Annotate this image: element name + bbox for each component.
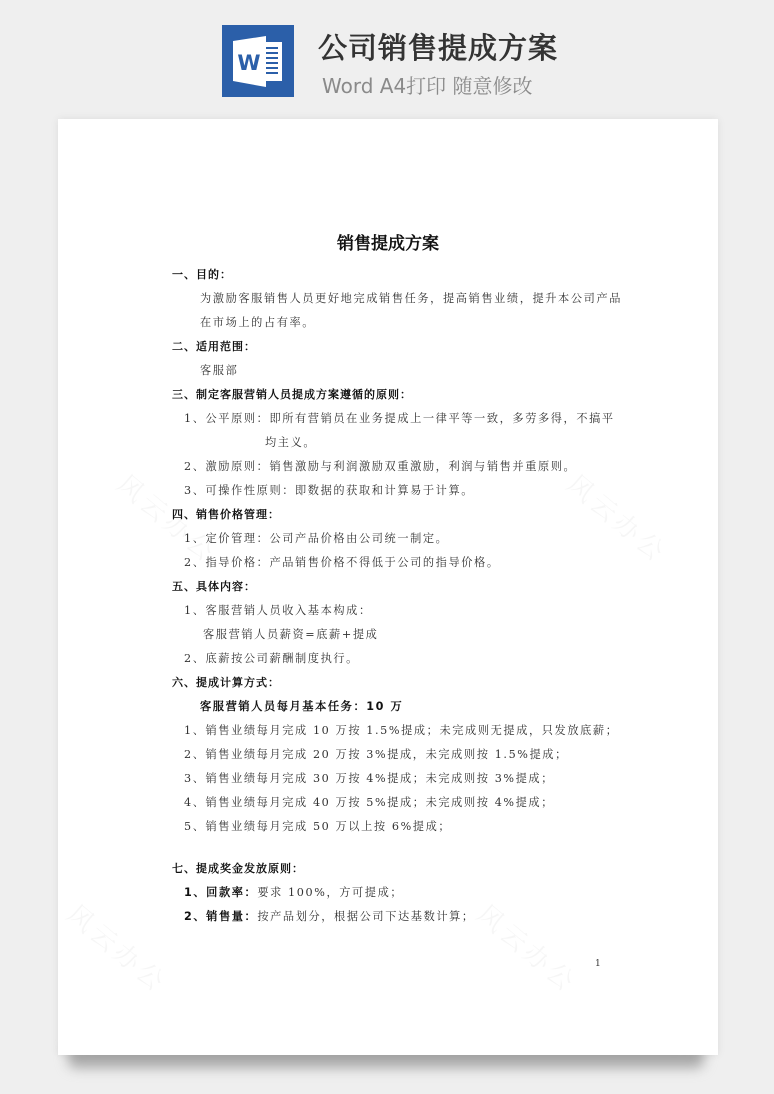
section-heading: 六、提成计算方式：	[172, 674, 280, 690]
svg-text:W: W	[237, 51, 260, 75]
document-title: 销售提成方案	[58, 229, 718, 254]
section-heading: 四、销售价格管理：	[172, 506, 280, 522]
banner-subtitle: Word A4打印 随意修改	[322, 70, 533, 99]
list-item-label: 1、回款率：	[184, 886, 257, 899]
list-item-text: 按产品划分，根据公司下达基数计算；	[257, 910, 474, 923]
watermark: 风云办公	[470, 895, 586, 1000]
banner-title: 公司销售提成方案	[318, 26, 558, 67]
banner-header: W 公司销售提成方案 Word A4打印 随意修改	[0, 0, 774, 110]
word-logo-icon: W	[222, 25, 294, 97]
list-item: 5、销售业绩每月完成 50 万以上按 6%提成；	[184, 818, 451, 834]
list-item: 1、回款率：要求 100%，方可提成；	[184, 884, 403, 900]
list-item-label: 2、销售量：	[184, 910, 257, 923]
list-item: 1、销售业绩每月完成 10 万按 1.5%提成；未完成则无提成，只发放底薪；	[184, 722, 619, 738]
list-item: 2、指导价格：产品销售价格不得低于公司的指导价格。	[184, 554, 500, 570]
page-number: 1	[595, 959, 601, 969]
list-item-text: 要求 100%，方可提成；	[257, 886, 403, 899]
paragraph-line: 客服部	[200, 362, 238, 378]
list-item: 2、销售量：按产品划分，根据公司下达基数计算；	[184, 908, 475, 924]
list-item: 2、激励原则：销售激励与利润激励双重激励，利润与销售并重原则。	[184, 458, 576, 474]
list-item-continuation: 均主义。	[265, 434, 316, 450]
paragraph-line: 为激励客服销售人员更好地完成销售任务，提高销售业绩，提升本公司产品	[200, 290, 622, 306]
section-heading: 一、目的：	[172, 266, 232, 282]
list-item: 1、客服营销人员收入基本构成：	[184, 602, 372, 618]
word-icon: W	[222, 25, 294, 97]
document-page: 风云办公 风云办公 风云办公 风云办公 销售提成方案 一、目的： 为激励客服销售…	[58, 119, 718, 1055]
list-item: 2、底薪按公司薪酬制度执行。	[184, 650, 359, 666]
watermark: 风云办公	[560, 465, 676, 570]
list-item: 1、定价管理：公司产品价格由公司统一制定。	[184, 530, 448, 546]
section-heading: 三、制定客服营销人员提成方案遵循的原则：	[172, 386, 412, 402]
watermark: 风云办公	[60, 895, 176, 1000]
paragraph-line: 在市场上的占有率。	[200, 314, 315, 330]
subheading: 客服营销人员每月基本任务：10 万	[200, 698, 403, 714]
list-item: 3、可操作性原则：即数据的获取和计算易于计算。	[184, 482, 474, 498]
list-item: 2、销售业绩每月完成 20 万按 3%提成，未完成则按 1.5%提成；	[184, 746, 568, 762]
section-heading: 二、适用范围：	[172, 338, 256, 354]
list-item: 3、销售业绩每月完成 30 万按 4%提成；未完成则按 3%提成；	[184, 770, 554, 786]
formula-line: 客服营销人员薪资=底薪+提成	[203, 626, 378, 642]
section-heading: 五、具体内容：	[172, 578, 256, 594]
list-item: 4、销售业绩每月完成 40 万按 5%提成；未完成则按 4%提成；	[184, 794, 554, 810]
section-heading: 七、提成奖金发放原则：	[172, 860, 304, 876]
list-item: 1、公平原则：即所有营销员在业务提成上一律平等一致，多劳多得，不搞平	[184, 410, 615, 426]
